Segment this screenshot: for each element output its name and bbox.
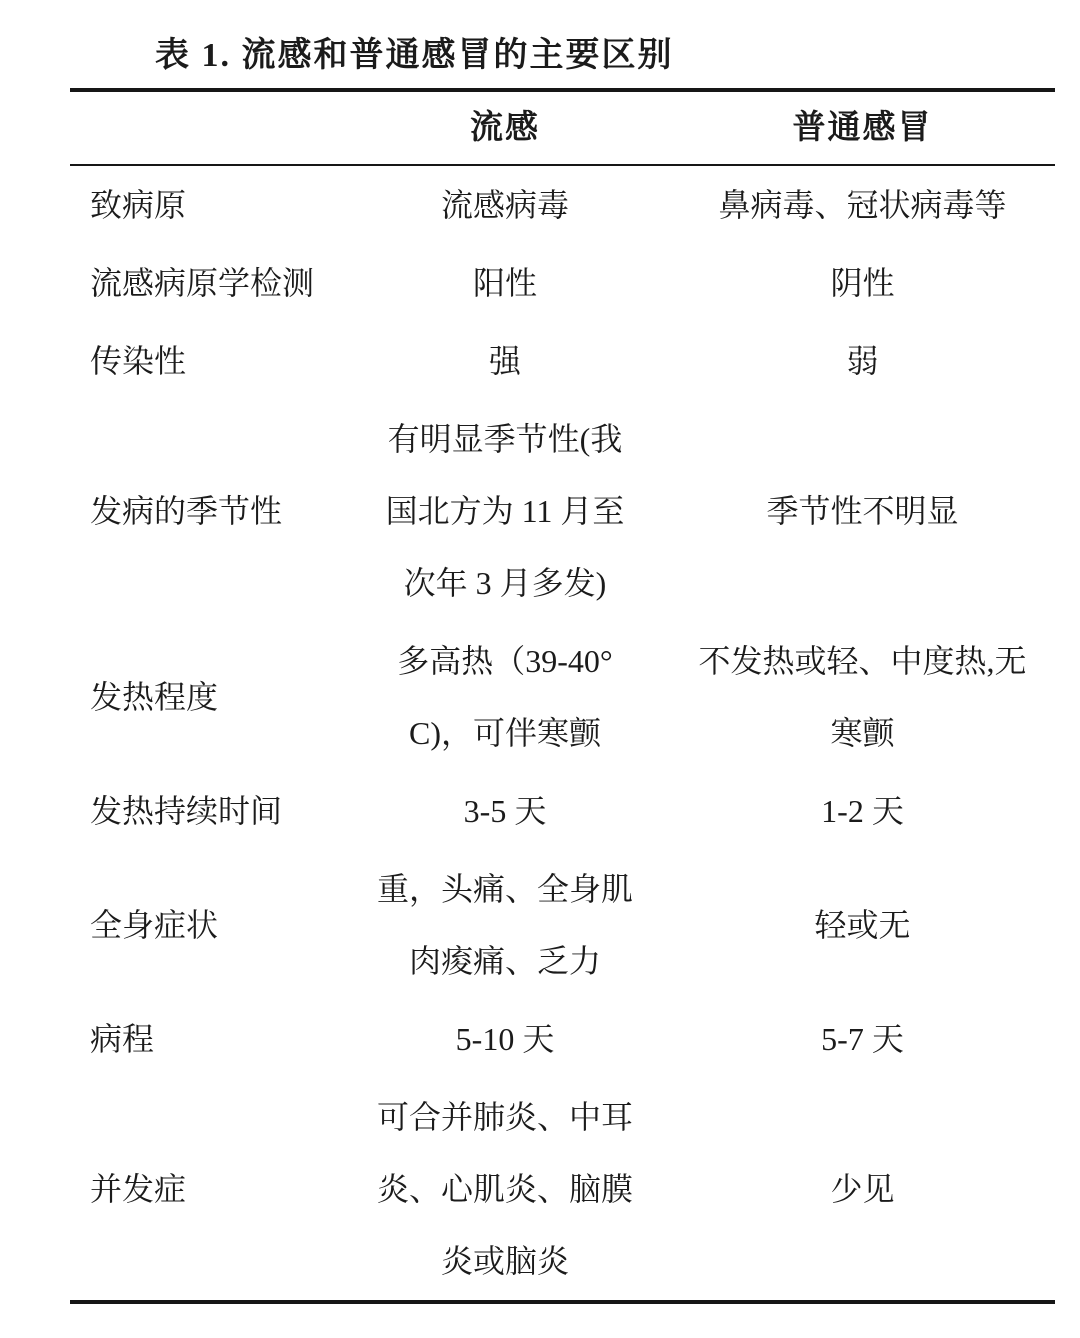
table-row: 传染性 强 弱: [70, 322, 1055, 400]
cold-cell: 鼻病毒、冠状病毒等: [670, 169, 1055, 241]
table-row: 流感病原学检测 阳性 阴性: [70, 244, 1055, 322]
row-label: 并发症: [70, 1153, 340, 1225]
cold-cell: 季节性不明显: [670, 475, 1055, 547]
table-bottom-rule: [70, 1300, 1055, 1304]
flu-cell: 阳性: [340, 247, 670, 319]
comparison-table: 流感 普通感冒 致病原 流感病毒 鼻病毒、冠状病毒等 流感病原学检测 阳性 阴性…: [70, 88, 1055, 1304]
flu-cell: 流感病毒: [340, 169, 670, 241]
cold-cell: 轻或无: [670, 889, 1055, 961]
cold-cell: 不发热或轻、中度热,无 寒颤: [670, 625, 1055, 769]
cold-cell: 5-7 天: [670, 1003, 1055, 1075]
table-row: 病程 5-10 天 5-7 天: [70, 1000, 1055, 1078]
table-row: 全身症状 重，头痛、全身肌 肉痠痛、乏力 轻或无: [70, 850, 1055, 1000]
table-row: 并发症 可合并肺炎、中耳 炎、心肌炎、脑膜 炎或脑炎 少见: [70, 1078, 1055, 1300]
flu-cell: 可合并肺炎、中耳 炎、心肌炎、脑膜 炎或脑炎: [340, 1081, 670, 1297]
flu-cell: 有明显季节性(我 国北方为 11 月至 次年 3 月多发): [340, 403, 670, 619]
table-caption: 表 1. 流感和普通感冒的主要区别: [70, 24, 1055, 88]
cold-cell: 少见: [670, 1153, 1055, 1225]
row-label: 传染性: [70, 325, 340, 397]
table-row: 发热持续时间 3-5 天 1-2 天: [70, 772, 1055, 850]
table-body: 致病原 流感病毒 鼻病毒、冠状病毒等 流感病原学检测 阳性 阴性 传染性 强 弱…: [70, 166, 1055, 1300]
flu-cell: 强: [340, 325, 670, 397]
row-label: 发热程度: [70, 661, 340, 733]
row-label: 病程: [70, 1003, 340, 1075]
row-label: 发热持续时间: [70, 775, 340, 847]
table-row: 致病原 流感病毒 鼻病毒、冠状病毒等: [70, 166, 1055, 244]
table-row: 发热程度 多高热（39-40° C)，可伴寒颤 不发热或轻、中度热,无 寒颤: [70, 622, 1055, 772]
cold-cell: 弱: [670, 325, 1055, 397]
row-label: 流感病原学检测: [70, 247, 340, 319]
header-flu-column: 流感: [340, 92, 670, 164]
flu-cell: 5-10 天: [340, 1003, 670, 1075]
flu-cell: 多高热（39-40° C)，可伴寒颤: [340, 625, 670, 769]
row-label: 发病的季节性: [70, 475, 340, 547]
flu-cell: 3-5 天: [340, 775, 670, 847]
document-page: 表 1. 流感和普通感冒的主要区别 流感 普通感冒 致病原 流感病毒 鼻病毒、冠…: [0, 0, 1080, 1338]
row-label: 全身症状: [70, 889, 340, 961]
row-label: 致病原: [70, 169, 340, 241]
cold-cell: 1-2 天: [670, 775, 1055, 847]
cold-cell: 阴性: [670, 247, 1055, 319]
header-cold-column: 普通感冒: [670, 92, 1055, 164]
table-row: 发病的季节性 有明显季节性(我 国北方为 11 月至 次年 3 月多发) 季节性…: [70, 400, 1055, 622]
flu-cell: 重，头痛、全身肌 肉痠痛、乏力: [340, 853, 670, 997]
table-header-row: 流感 普通感冒: [70, 92, 1055, 164]
